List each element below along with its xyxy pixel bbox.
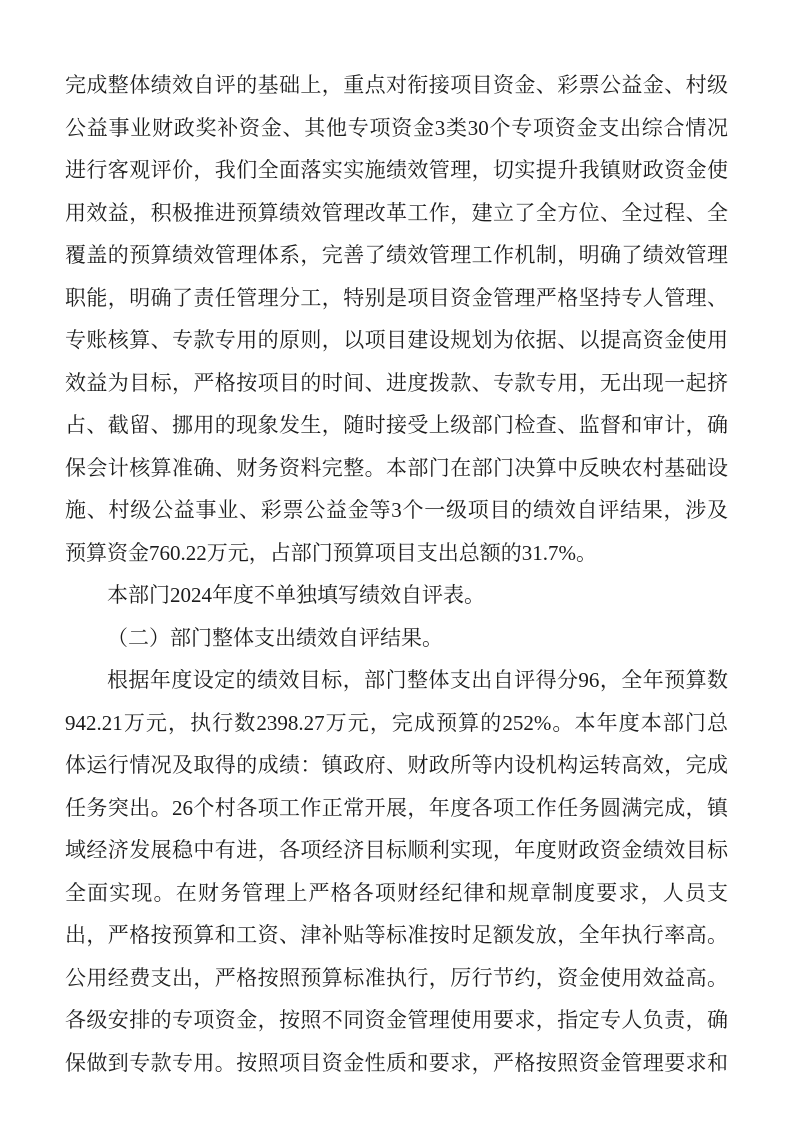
document-page: 完成整体绩效自评的基础上，重点对衔接项目资金、彩票公益金、村级 公益事业财政奖补… (0, 0, 793, 1122)
text-line: 进行客观评价，我们全面落实实施绩效管理，切实提升我镇财政资金使 (65, 149, 728, 192)
text-line: 942.21万元，执行数2398.27万元，完成预算的252%。本年度本部门总 (65, 702, 728, 745)
text-line: 占、截留、挪用的现象发生，随时接受上级部门检查、监督和审计，确 (65, 404, 728, 447)
text-line: 出，严格按预算和工资、津补贴等标准按时足额发放，全年执行率高。 (65, 914, 728, 957)
text-line: 公用经费支出，严格按照预算标准执行，厉行节约，资金使用效益高。 (65, 957, 728, 1000)
text-line: 各级安排的专项资金，按照不同资金管理使用要求，指定专人负责，确 (65, 999, 728, 1042)
text-line: 用效益，积极推进预算绩效管理改革工作，建立了全方位、全过程、全 (65, 192, 728, 235)
text-line: 专账核算、专款专用的原则，以项目建设规划为依据、以提高资金使用 (65, 319, 728, 362)
section-heading: （二）部门整体支出绩效自评结果。 (65, 617, 728, 660)
text-line: 本部门2024年度不单独填写绩效自评表。 (65, 574, 728, 617)
text-line: 公益事业财政奖补资金、其他专项资金3类30个专项资金支出综合情况 (65, 107, 728, 150)
text-line: 域经济发展稳中有进，各项经济目标顺利实现，年度财政资金绩效目标 (65, 829, 728, 872)
document-body: 完成整体绩效自评的基础上，重点对衔接项目资金、彩票公益金、村级 公益事业财政奖补… (65, 64, 728, 1084)
text-line: 职能，明确了责任管理分工，特别是项目资金管理严格坚持专人管理、 (65, 277, 728, 320)
text-line: 施、村级公益事业、彩票公益金等3个一级项目的绩效自评结果，涉及 (65, 489, 728, 532)
text-line: 完成整体绩效自评的基础上，重点对衔接项目资金、彩票公益金、村级 (65, 64, 728, 107)
text-line: 保会计核算准确、财务资料完整。本部门在部门决算中反映农村基础设 (65, 447, 728, 490)
text-line: 预算资金760.22万元，占部门预算项目支出总额的31.7%。 (65, 532, 728, 575)
text-line: 保做到专款专用。按照项目资金性质和要求，严格按照资金管理要求和 (65, 1042, 728, 1085)
text-line: 效益为目标，严格按项目的时间、进度拨款、专款专用，无出现一起挤 (65, 362, 728, 405)
text-line: 全面实现。在财务管理上严格各项财经纪律和规章制度要求，人员支 (65, 872, 728, 915)
text-line: 任务突出。26个村各项工作正常开展，年度各项工作任务圆满完成，镇 (65, 787, 728, 830)
text-line: 覆盖的预算绩效管理体系，完善了绩效管理工作机制，明确了绩效管理 (65, 234, 728, 277)
text-line: 体运行情况及取得的成绩：镇政府、财政所等内设机构运转高效，完成 (65, 744, 728, 787)
text-line: 根据年度设定的绩效目标，部门整体支出自评得分96，全年预算数 (65, 659, 728, 702)
